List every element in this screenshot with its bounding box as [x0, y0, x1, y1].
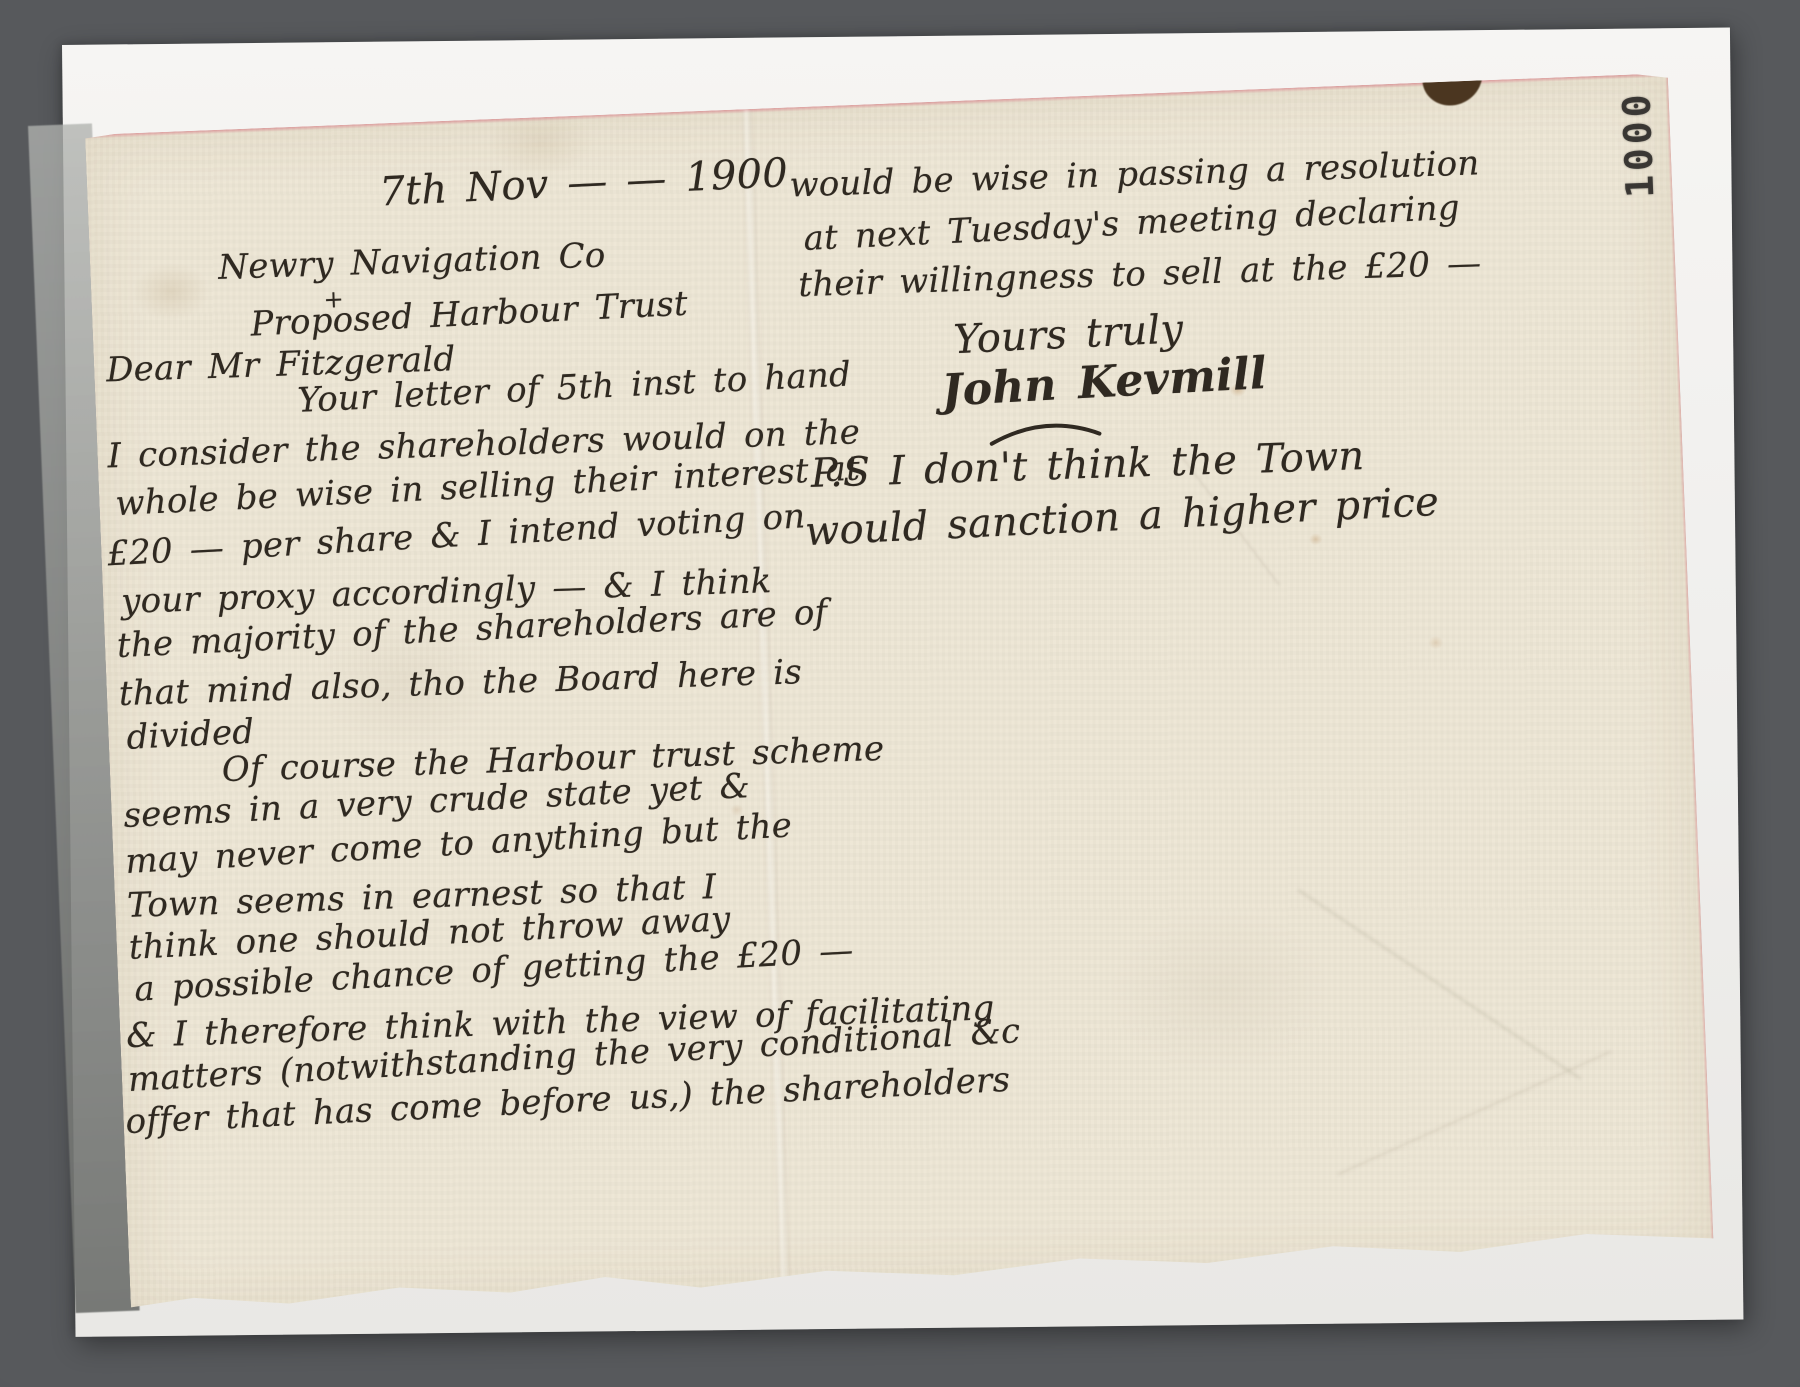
body-line: that mind also, tho the Board here is [118, 652, 802, 714]
archive-stamp: 1000 [1608, 79, 1669, 209]
letter-paper: 1000 7th Nov — — 1900 Newry Navigation C… [85, 73, 1714, 1312]
heading-subject: Proposed Harbour Trust [250, 284, 689, 345]
heading-company: Newry Navigation Co [218, 235, 606, 287]
date-line: 7th Nov — — 1900 [378, 150, 789, 215]
archive-stamp-number: 1000 [1614, 90, 1662, 199]
paper-crease [1337, 1050, 1612, 1176]
paper-crease [1297, 888, 1581, 1079]
scanned-letter-page: 1000 7th Nov — — 1900 Newry Navigation C… [0, 0, 1800, 1387]
